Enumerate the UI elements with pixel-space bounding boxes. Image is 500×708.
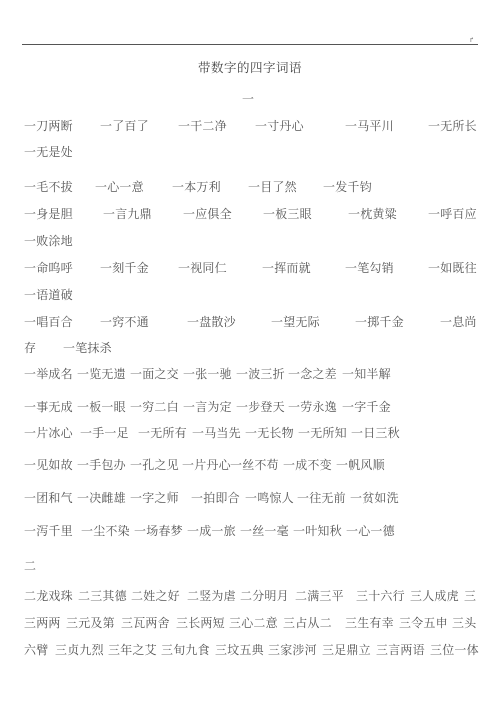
idiom-word: 一览无遗 <box>77 365 126 382</box>
idiom-word: 三瓦两舍 <box>121 614 170 631</box>
idiom-word: 三十六行 <box>356 587 405 604</box>
idiom-word: 一目了然 <box>248 178 297 195</box>
idiom-word: 一语道破 <box>24 286 73 303</box>
idiom-word: 一了百了 <box>100 117 149 134</box>
idiom-word: 一应俱全 <box>183 205 232 222</box>
idiom-word: 一命呜呼 <box>24 259 73 276</box>
idiom-word: 一盘散沙 <box>187 313 236 330</box>
idiom-word: 二姓之好 <box>131 587 180 604</box>
idiom-word: 一寸丹心 <box>255 117 304 134</box>
idiom-word: 六臂 <box>24 641 48 658</box>
idiom-word: 一挥而就 <box>262 259 311 276</box>
idiom-word: 一举成名 <box>24 365 73 382</box>
idiom-word: 三两两 <box>24 614 61 631</box>
idiom-word: 三言两语 <box>376 641 425 658</box>
idiom-word: 一本万利 <box>172 178 221 195</box>
idiom-word: 二竖为虐 <box>187 587 236 604</box>
idiom-word: 一片丹心 <box>182 456 231 473</box>
idiom-word: 一片冰心 <box>24 424 73 441</box>
idiom-word: 三足鼎立 <box>322 641 371 658</box>
idiom-word: 三占从二 <box>283 614 332 631</box>
idiom-word: 一视同仁 <box>178 259 227 276</box>
idiom-word: 一无是处 <box>24 143 73 160</box>
idiom-word: 三贞九烈 <box>55 641 104 658</box>
idiom-word: 一泻千里 <box>24 522 73 539</box>
idiom-word: 一如既往 <box>428 259 477 276</box>
idiom-word: 三 <box>464 587 476 604</box>
idiom-word: 一念之差 <box>288 365 337 382</box>
idiom-word: 一败涂地 <box>24 232 73 249</box>
idiom-word: 一言为定 <box>183 398 232 415</box>
section-heading-two: 二 <box>24 557 36 574</box>
idiom-word: 一无所有 <box>138 424 187 441</box>
idiom-word: 存 <box>24 339 36 356</box>
idiom-word: 一枕黄粱 <box>348 205 397 222</box>
idiom-word: 一手一足 <box>80 424 129 441</box>
idiom-word: 二龙戏珠 <box>24 587 73 604</box>
idiom-word: 一劳永逸 <box>288 398 337 415</box>
idiom-word: 二分明月 <box>240 587 289 604</box>
idiom-word: 一尘不染 <box>81 522 130 539</box>
idiom-word: 三家涉河 <box>268 641 317 658</box>
idiom-word: 一拍即合 <box>191 489 240 506</box>
idiom-word: 一贫如洗 <box>350 489 399 506</box>
idiom-word: 三心二意 <box>229 614 278 631</box>
idiom-word: 一板三眼 <box>263 205 312 222</box>
idiom-word: 一张一驰 <box>183 365 232 382</box>
idiom-word: 一鸣惊人 <box>245 489 294 506</box>
idiom-word: 三旬九食 <box>161 641 210 658</box>
idiom-word: 一唱百合 <box>24 313 73 330</box>
idiom-word: 一心一意 <box>95 178 144 195</box>
section-heading-one: 一 <box>242 90 254 107</box>
idiom-word: 一无所知 <box>298 424 347 441</box>
idiom-word: 一丝一毫 <box>240 522 289 539</box>
idiom-word: 一决雌雄 <box>77 489 126 506</box>
idiom-word: 三年之艾 <box>108 641 157 658</box>
idiom-word: 一面之交 <box>130 365 179 382</box>
idiom-word: 一成不变 <box>283 456 332 473</box>
idiom-word: 一息尚 <box>440 313 477 330</box>
idiom-word: 一见如故 <box>24 456 73 473</box>
idiom-word: 一板一眼 <box>77 398 126 415</box>
idiom-word: 一心一德 <box>346 522 395 539</box>
idiom-word: 一呼百应 <box>428 205 477 222</box>
idiom-word: 一帆风顺 <box>336 456 385 473</box>
idiom-word: 一叶知秋 <box>293 522 342 539</box>
idiom-word: 一干二净 <box>178 117 227 134</box>
header-mark-icon: ↱ <box>469 36 475 44</box>
idiom-word: 三头 <box>452 614 476 631</box>
idiom-word: 一马平川 <box>345 117 394 134</box>
idiom-word: 一掷千金 <box>355 313 404 330</box>
idiom-word: 一字之师 <box>130 489 179 506</box>
idiom-word: 一丝不苟 <box>230 456 279 473</box>
idiom-word: 一毛不拔 <box>24 178 73 195</box>
idiom-word: 一发千钧 <box>323 178 372 195</box>
idiom-word: 一波三折 <box>236 365 285 382</box>
idiom-word: 一成一旅 <box>187 522 236 539</box>
idiom-word: 三位一体 <box>430 641 479 658</box>
idiom-word: 三元及第 <box>66 614 115 631</box>
idiom-word: 一字千金 <box>342 398 391 415</box>
idiom-word: 一手包办 <box>77 456 126 473</box>
header-rule <box>22 44 478 45</box>
idiom-word: 一刀两断 <box>24 117 73 134</box>
page-title: 带数字的四字词语 <box>0 58 500 76</box>
idiom-word: 二三其德 <box>78 587 127 604</box>
idiom-word: 三令五申 <box>399 614 448 631</box>
idiom-word: 一无所长 <box>428 117 477 134</box>
idiom-word: 三人成虎 <box>410 587 459 604</box>
idiom-word: 三生有幸 <box>345 614 394 631</box>
idiom-word: 一团和气 <box>24 489 73 506</box>
idiom-word: 一身是胆 <box>24 205 73 222</box>
idiom-word: 一日三秋 <box>351 424 400 441</box>
idiom-word: 一窍不通 <box>100 313 149 330</box>
idiom-word: 一事无成 <box>24 398 73 415</box>
idiom-word: 一刻千金 <box>100 259 149 276</box>
idiom-word: 二满三平 <box>295 587 344 604</box>
idiom-word: 一知半解 <box>342 365 391 382</box>
idiom-word: 三长两短 <box>176 614 225 631</box>
idiom-word: 三坟五典 <box>215 641 264 658</box>
idiom-word: 一往无前 <box>297 489 346 506</box>
idiom-word: 一场春梦 <box>134 522 183 539</box>
idiom-word: 一马当先 <box>192 424 241 441</box>
idiom-word: 一言九鼎 <box>103 205 152 222</box>
idiom-word: 一笔勾销 <box>345 259 394 276</box>
idiom-word: 一孔之见 <box>130 456 179 473</box>
idiom-word: 一笔抹杀 <box>63 339 112 356</box>
idiom-word: 一穷二白 <box>130 398 179 415</box>
idiom-word: 一步登天 <box>236 398 285 415</box>
idiom-word: 一望无际 <box>271 313 320 330</box>
idiom-word: 一无长物 <box>245 424 294 441</box>
